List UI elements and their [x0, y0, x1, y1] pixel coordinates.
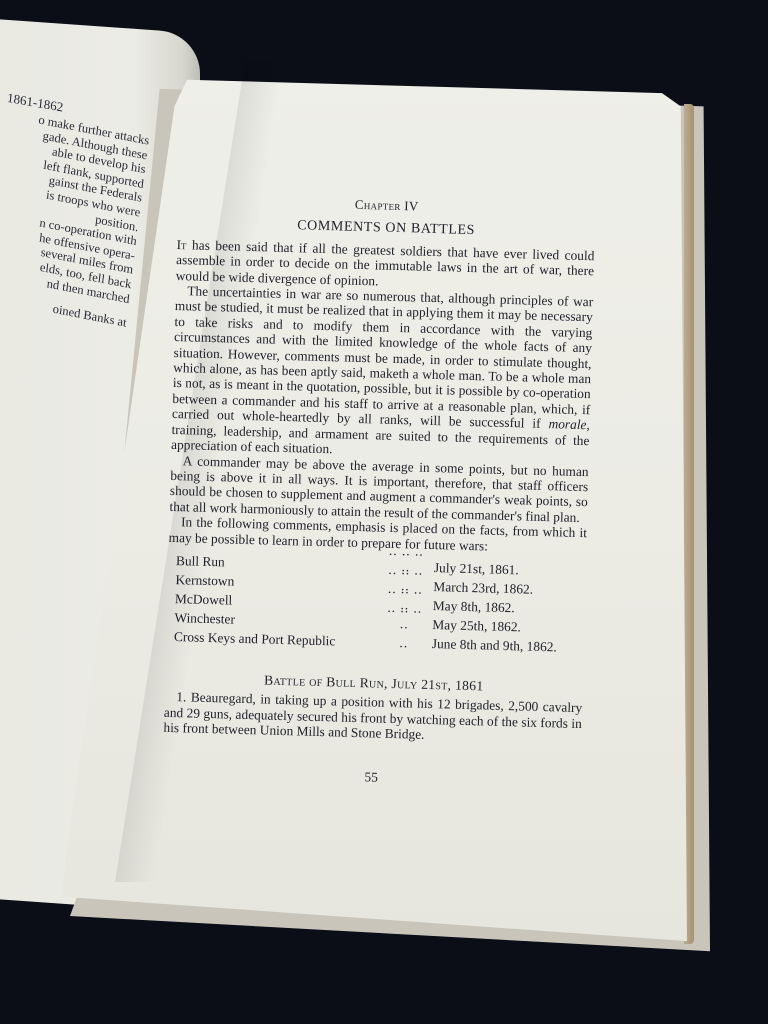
battle-date: May 25th, 1862.	[432, 617, 521, 635]
right-page-content: Chapter IV COMMENTS ON BATTLES It has be…	[162, 192, 596, 790]
leader-dots: ..	[384, 634, 424, 650]
paragraph-text: The uncertainties in war are so numerous…	[172, 283, 594, 431]
book-photo: 1861-1862 o make further attacks gade. A…	[0, 0, 768, 1024]
battle-date: June 8th and 9th, 1862.	[432, 636, 557, 655]
paragraph-3: A commander may be above the average in …	[169, 452, 589, 525]
battle-date: March 23rd, 1862.	[433, 579, 533, 597]
left-page-text: o make further attacks gade. Although th…	[0, 101, 150, 330]
section-paragraph: 1. Beauregard, in taking up a position w…	[163, 689, 582, 747]
paragraph-text: has been said that if all the greatest s…	[176, 237, 595, 288]
italic-word: morale	[548, 416, 586, 432]
paragraph-2: The uncertainties in war are so numerous…	[171, 283, 593, 464]
drop-lead: It	[176, 237, 186, 252]
battle-name: Cross Keys and Port Republic	[174, 629, 384, 650]
battle-date: July 21st, 1861.	[434, 560, 519, 578]
battle-date: May 8th, 1862.	[433, 598, 515, 616]
battle-list: Bull Run .. .. .. .. July 21st, 1861. Ke…	[174, 549, 586, 655]
leader-dots: .. .. .. ..	[384, 600, 425, 632]
